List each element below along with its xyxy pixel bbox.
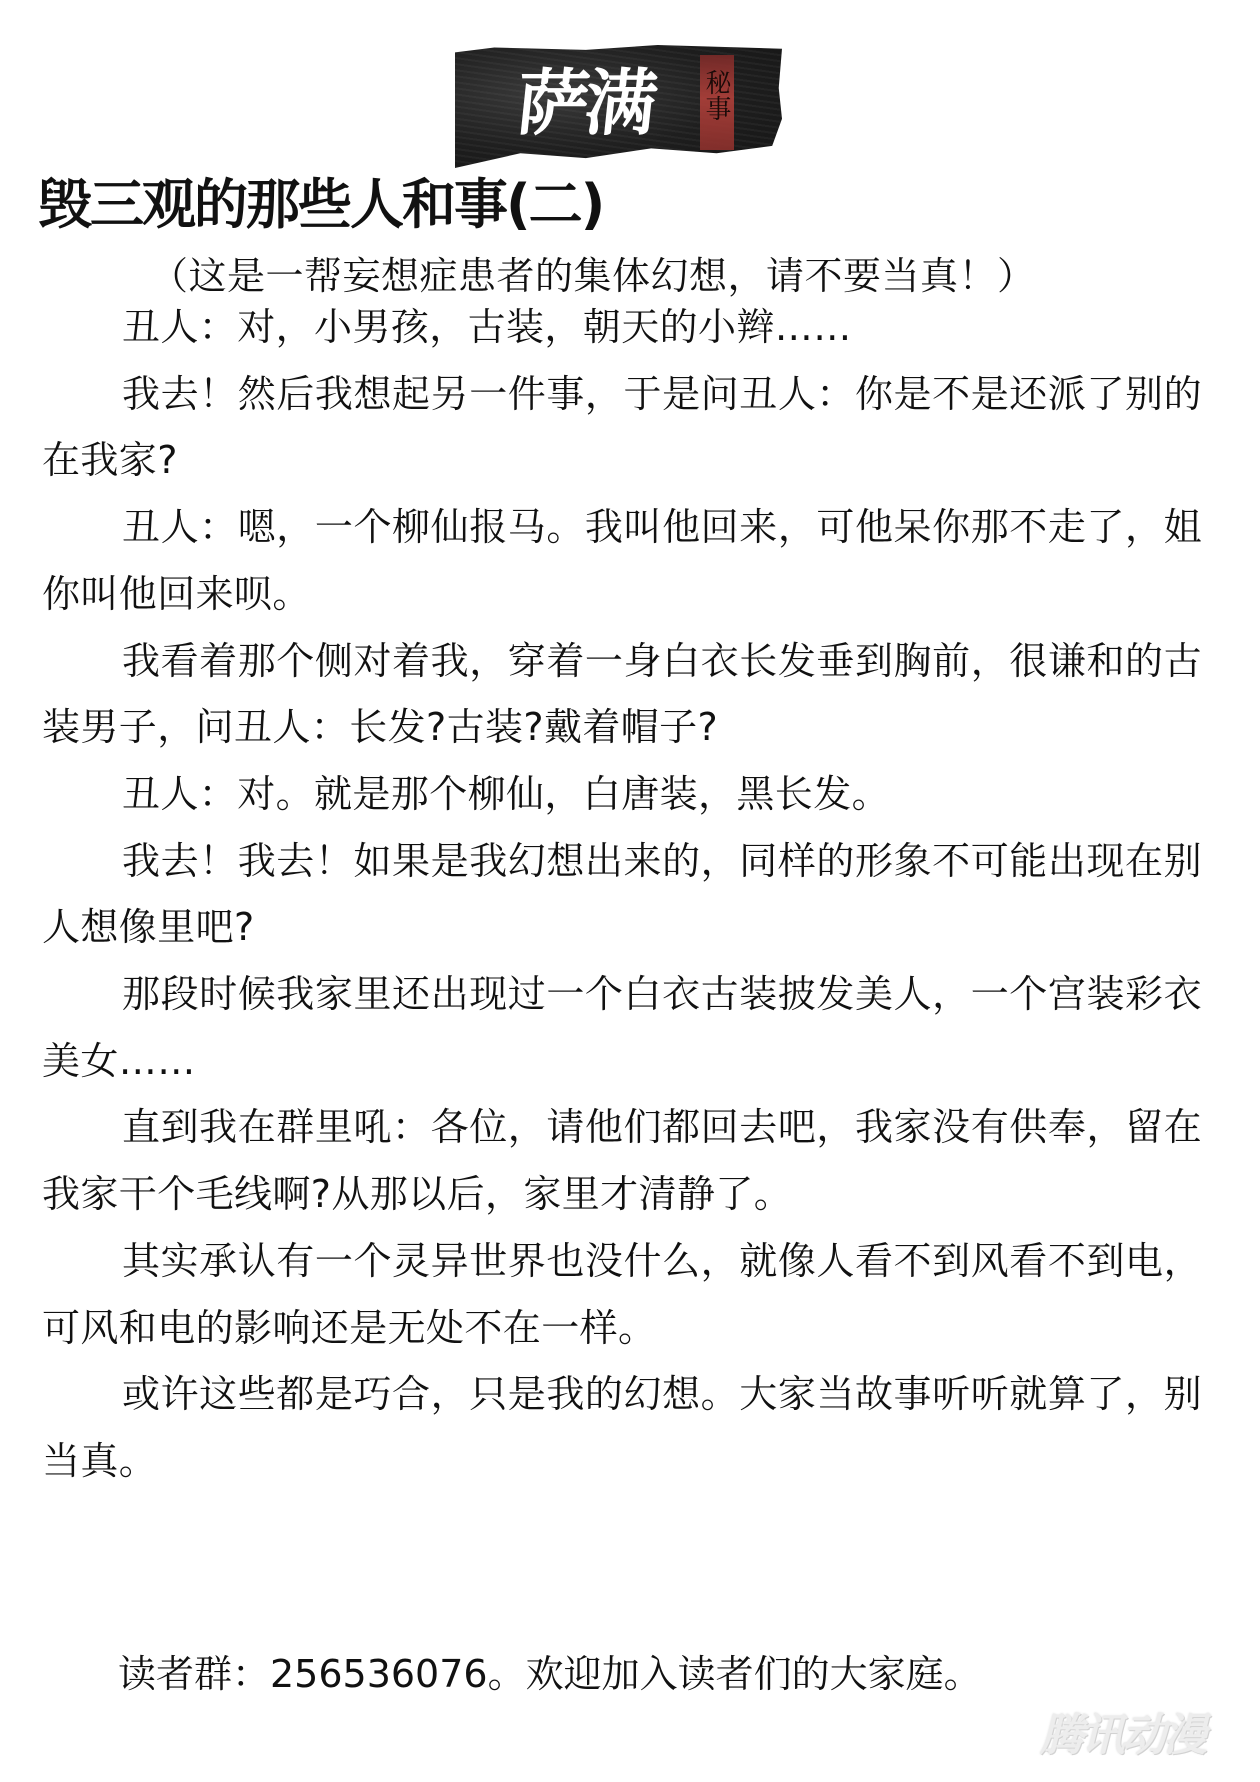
- reader-group-note: 读者群：256536076。欢迎加入读者们的大家庭。: [118, 1641, 982, 1707]
- paragraph: 或许这些都是巧合，只是我的幻想。大家当故事听听就算了，别当真。: [42, 1361, 1202, 1494]
- paragraph: 其实承认有一个灵异世界也没什么，就像人看不到风看不到电，可风和电的影响还是无处不…: [42, 1228, 1202, 1361]
- paragraph: 直到我在群里吼：各位，请他们都回去吧，我家没有供奉，留在我家干个毛线啊?从那以后…: [42, 1094, 1202, 1227]
- series-logo: 萨满 秘事: [455, 45, 782, 168]
- paragraph: 我去！然后我想起另一件事，于是问丑人：你是不是还派了别的在我家?: [42, 361, 1202, 494]
- paragraph: 那段时候我家里还出现过一个白衣古装披发美人，一个宫装彩衣美女……: [42, 961, 1202, 1094]
- paragraph: 我看着那个侧对着我，穿着一身白衣长发垂到胸前，很谦和的古装男子，问丑人：长发?古…: [42, 628, 1202, 761]
- paragraph: 丑人：对。就是那个柳仙，白唐装，黑长发。: [42, 761, 1202, 828]
- article-body: 丑人：对，小男孩，古装，朝天的小辫…… 我去！然后我想起另一件事，于是问丑人：你…: [42, 294, 1202, 1495]
- paragraph: 丑人：嗯，一个柳仙报马。我叫他回来，可他呆你那不走了，姐你叫他回来呗。: [42, 494, 1202, 627]
- logo-title: 萨满: [513, 63, 701, 143]
- article-title: 毁三观的那些人和事(二): [38, 172, 603, 238]
- logo-subtitle: 秘事: [702, 69, 732, 121]
- tencent-comics-watermark: 腾讯动漫: [1040, 1708, 1240, 1764]
- paragraph: 我去！我去！如果是我幻想出来的，同样的形象不可能出现在别人想像里吧?: [42, 828, 1202, 961]
- paragraph: 丑人：对，小男孩，古装，朝天的小辫……: [42, 294, 1202, 361]
